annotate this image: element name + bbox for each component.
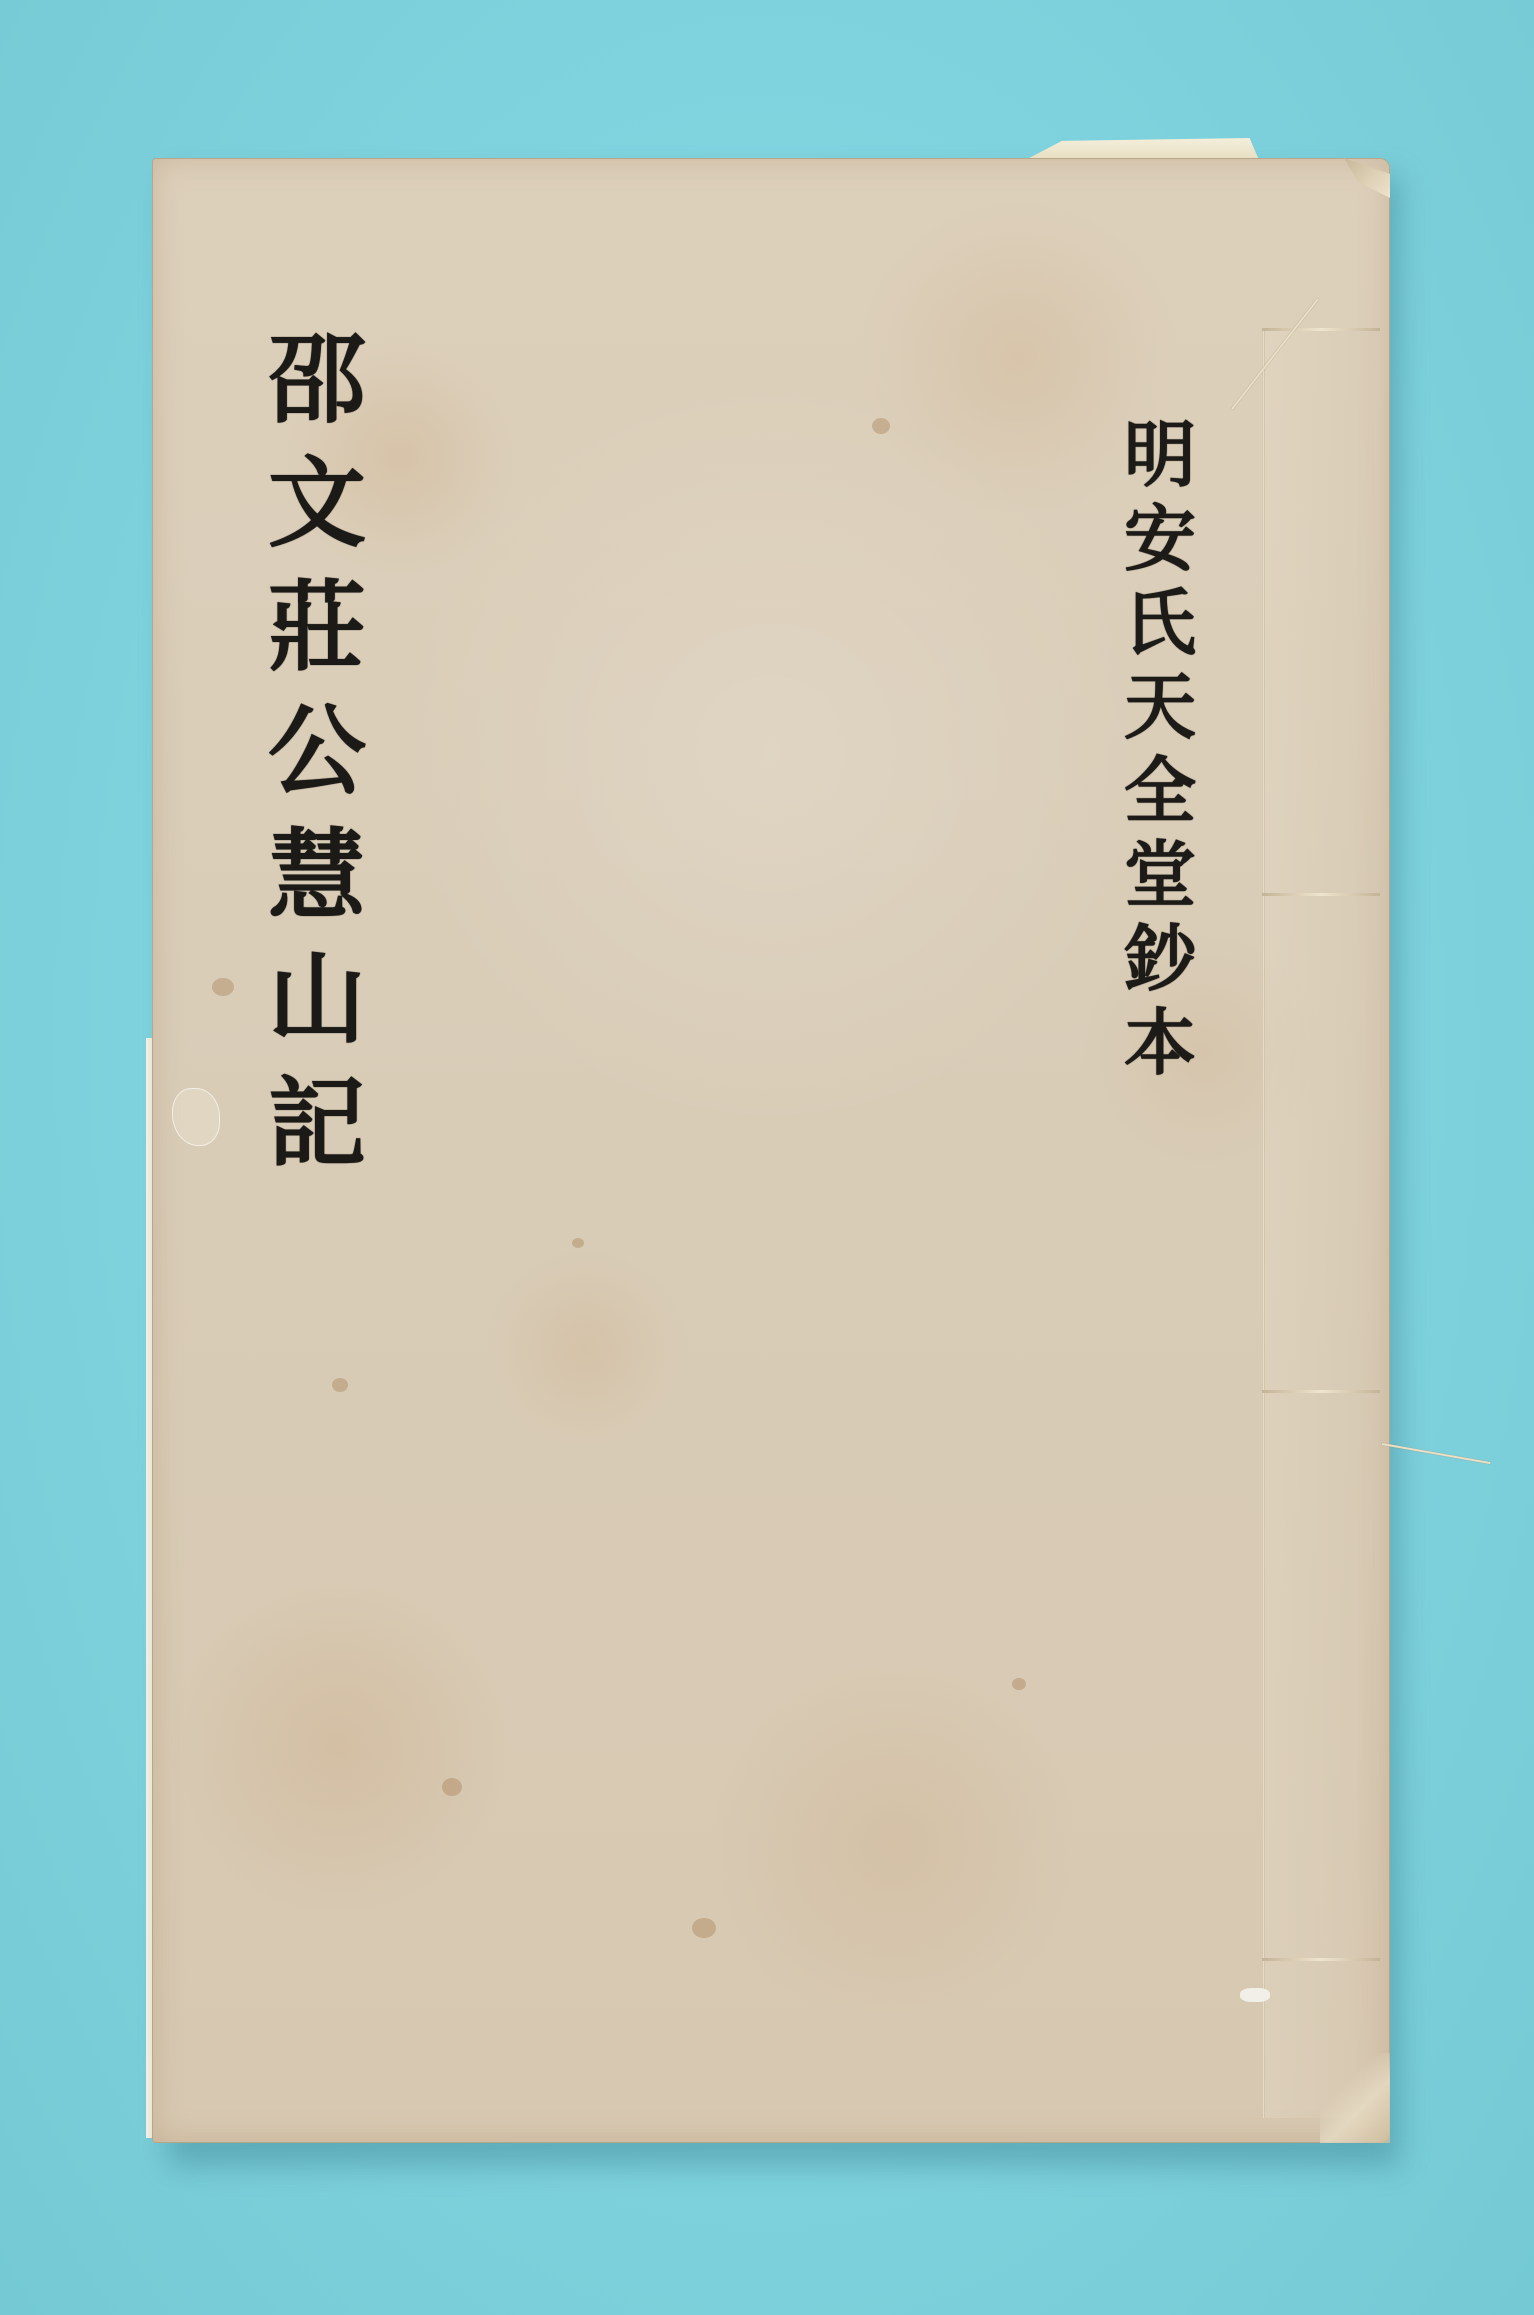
foxing-spot — [332, 1378, 348, 1392]
inscription-char: 明 — [1124, 413, 1196, 497]
inscription-char: 鈔 — [1124, 917, 1196, 1001]
foxing-spot — [872, 418, 890, 434]
title-char: 記 — [268, 1062, 366, 1186]
inscription-char: 本 — [1124, 1001, 1196, 1085]
inscription-char: 氏 — [1124, 581, 1196, 665]
title-char: 文 — [268, 442, 366, 566]
title-char: 山 — [268, 938, 366, 1062]
title-char: 慧 — [268, 814, 366, 938]
title-char: 邵 — [268, 318, 366, 442]
binding-thread-vertical — [1262, 328, 1265, 2118]
foxing-spot — [692, 1918, 716, 1938]
foxing-spot — [212, 978, 234, 996]
inscription-char: 天 — [1124, 665, 1196, 749]
copyist-inscription: 明 安 氏 天 全 堂 鈔 本 — [1110, 413, 1210, 1085]
foxing-spot — [572, 1238, 584, 1248]
manuscript-book: 邵 文 莊 公 慧 山 記 明 安 氏 天 全 堂 鈔 本 — [152, 158, 1390, 2143]
paper-loss-spot — [1240, 1988, 1270, 2002]
inscription-char: 全 — [1124, 749, 1196, 833]
binding-stitch — [1262, 328, 1380, 331]
title-char: 莊 — [268, 566, 366, 690]
foxing-spot — [442, 1778, 462, 1796]
foxing-spot — [1012, 1678, 1026, 1690]
inscription-char: 安 — [1124, 497, 1196, 581]
spine-strip — [1265, 328, 1375, 2118]
worn-corner — [1320, 2053, 1390, 2143]
binding-stitch — [1262, 1958, 1380, 1961]
title-char: 公 — [268, 690, 366, 814]
inscription-char: 堂 — [1124, 833, 1196, 917]
binding-stitch — [1262, 893, 1380, 896]
binding-stitch — [1262, 1390, 1380, 1393]
title-strip: 邵 文 莊 公 慧 山 記 — [257, 318, 377, 1186]
